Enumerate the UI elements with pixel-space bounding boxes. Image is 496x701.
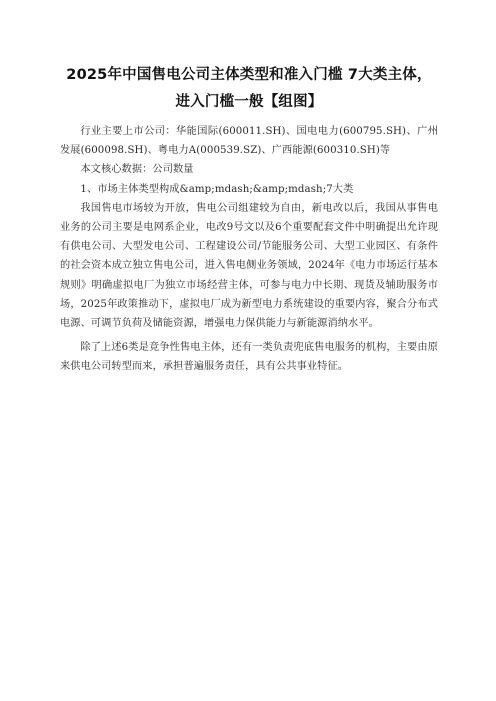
document-page: 2025年中国售电公司主体类型和准入门槛 7大类主体，进入门槛一般【组图】 行业… bbox=[60, 62, 438, 377]
document-title: 2025年中国售电公司主体类型和准入门槛 7大类主体，进入门槛一般【组图】 bbox=[60, 62, 438, 116]
fallback-supplier-paragraph: 除了上述6类是竞争性售电主体，还有一类负责兜底售电服务的机构，主要由原来供电公司… bbox=[60, 338, 438, 376]
section-heading: 1、市场主体类型构成&amp;mdash;&amp;mdash;7大类 bbox=[60, 180, 438, 199]
market-overview-paragraph: 我国售电市场较为开放，售电公司组建较为自由，新电改以后，我国从事售电业务的公司主… bbox=[60, 199, 438, 333]
listed-companies-paragraph: 行业主要上市公司：华能国际(600011.SH)、国电电力(600795.SH)… bbox=[60, 122, 438, 160]
core-data-paragraph: 本文核心数据：公司数量 bbox=[60, 160, 438, 179]
